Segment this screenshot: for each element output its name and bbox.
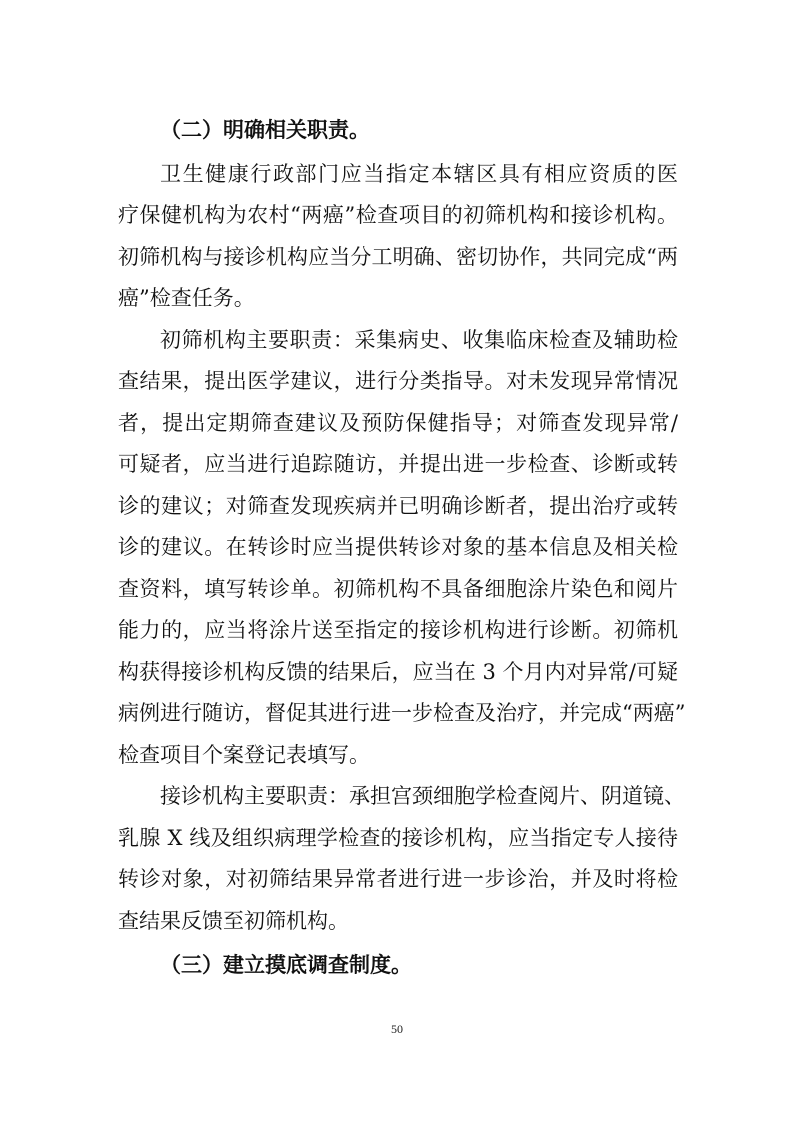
text-line: 癌”检查任务。 bbox=[118, 283, 678, 313]
text-line: 病例进行随访，督促其进行进一步检查及治疗，并完成“两癌” bbox=[118, 698, 678, 728]
text-line: 查结果反馈至初筛机构。 bbox=[118, 906, 678, 936]
text-line: 可疑者，应当进行追踪随访，并提出进一步检查、诊断或转 bbox=[118, 449, 678, 479]
page-number: 50 bbox=[0, 1022, 794, 1037]
text-line: 转诊对象，对初筛结果异常者进行进一步诊治，并及时将检 bbox=[118, 864, 678, 894]
section-heading-3: （三）建立摸底调查制度。 bbox=[160, 950, 412, 980]
text-line: 初筛机构主要职责：采集病史、收集临床检查及辅助检 bbox=[160, 325, 678, 355]
document-page: （二）明确相关职责。 卫生健康行政部门应当指定本辖区具有相应资质的医 疗保健机构… bbox=[0, 0, 794, 1122]
text-line: 查结果，提出医学建议，进行分类指导。对未发现异常情况 bbox=[118, 366, 678, 396]
text-line: 能力的，应当将涂片送至指定的接诊机构进行诊断。初筛机 bbox=[118, 615, 678, 645]
text-line: 初筛机构与接诊机构应当分工明确、密切协作，共同完成“两 bbox=[118, 242, 678, 272]
text-line: 诊的建议。在转诊时应当提供转诊对象的基本信息及相关检 bbox=[118, 532, 678, 562]
text-line: 构获得接诊机构反馈的结果后，应当在 3 个月内对异常/可疑 bbox=[118, 657, 678, 687]
section-heading-2: （二）明确相关职责。 bbox=[160, 115, 370, 145]
text-line: 检查项目个案登记表填写。 bbox=[118, 740, 678, 770]
text-line: 查资料，填写转诊单。初筛机构不具备细胞涂片染色和阅片 bbox=[118, 574, 678, 604]
text-line: 乳腺 X 线及组织病理学检查的接诊机构，应当指定专人接待 bbox=[118, 823, 678, 853]
text-line: 诊的建议；对筛查发现疾病并已明确诊断者，提出治疗或转 bbox=[118, 491, 678, 521]
text-line: 疗保健机构为农村“两癌”检查项目的初筛机构和接诊机构。 bbox=[118, 200, 678, 230]
text-line: 卫生健康行政部门应当指定本辖区具有相应资质的医 bbox=[160, 159, 678, 189]
text-line: 者，提出定期筛查建议及预防保健指导；对筛查发现异常/ bbox=[118, 408, 678, 438]
text-line: 接诊机构主要职责：承担宫颈细胞学检查阅片、阴道镜、 bbox=[160, 781, 678, 811]
